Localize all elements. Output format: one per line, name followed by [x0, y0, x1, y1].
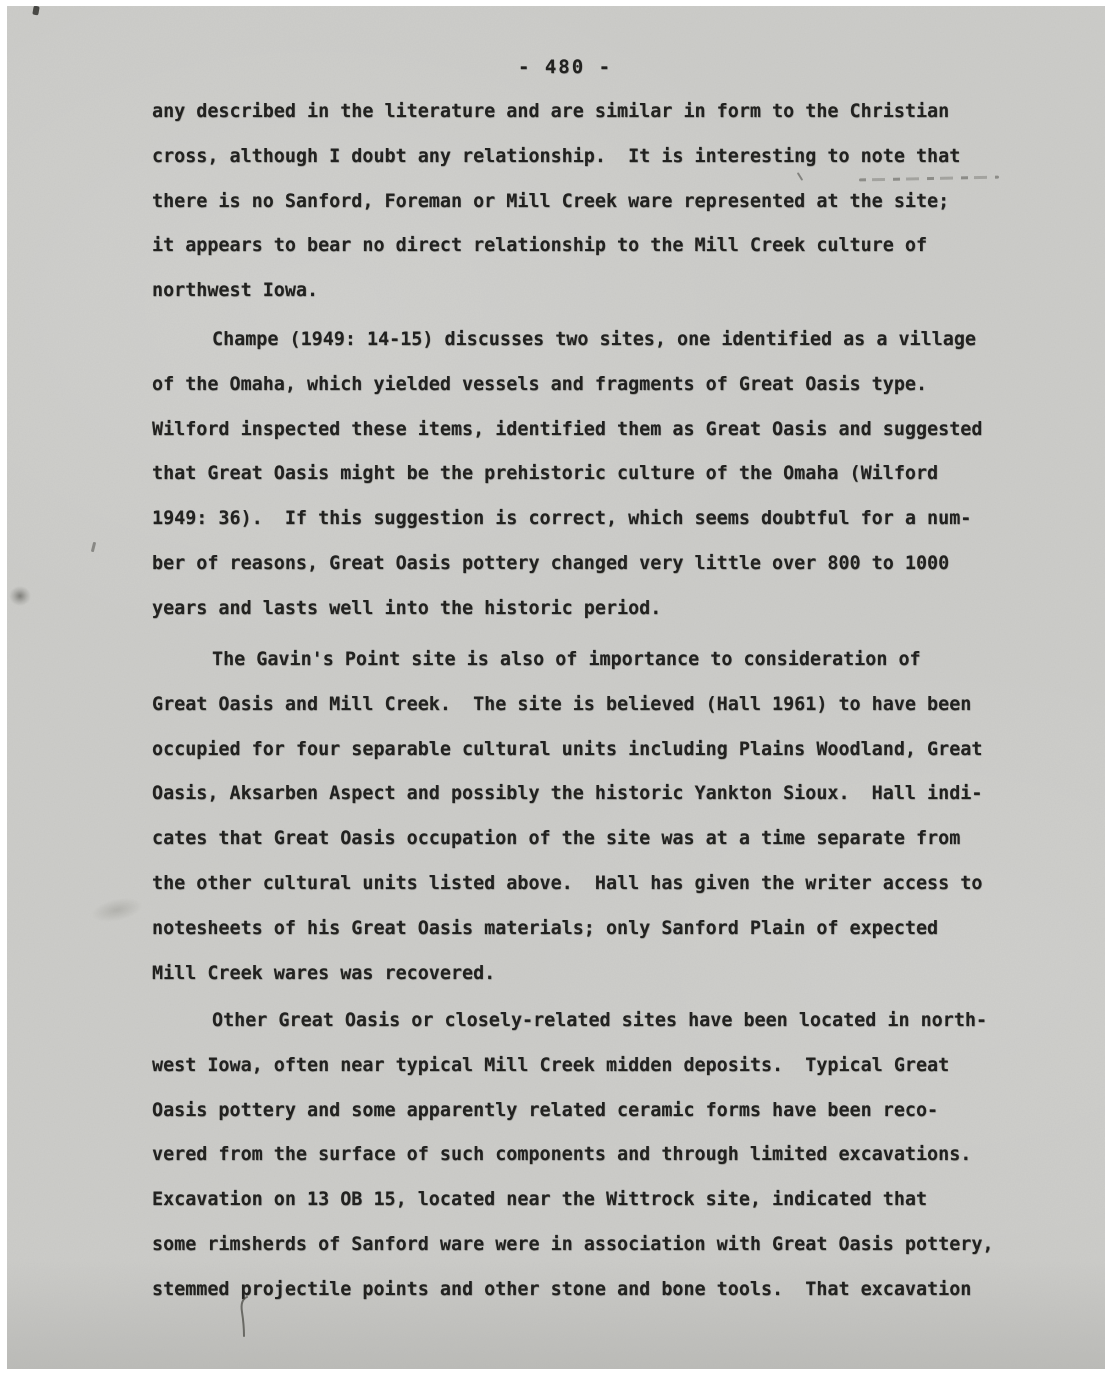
text-line: it appears to bear no direct relationshi…: [152, 237, 927, 255]
text-line: Oasis, Aksarben Aspect and possibly the …: [152, 785, 982, 803]
text-line: of the Omaha, which yielded vessels and …: [152, 376, 927, 394]
text-line: any described in the literature and are …: [152, 103, 949, 121]
text-line: notesheets of his Great Oasis materials;…: [152, 920, 938, 938]
text-line: 1949: 36). If this suggestion is correct…: [152, 510, 971, 528]
text-line: some rimsherds of Sanford ware were in a…: [152, 1236, 993, 1254]
text-line: cross, although I doubt any relationship…: [152, 148, 960, 166]
text-line: occupied for four separable cultural uni…: [152, 741, 982, 759]
text-line: vered from the surface of such component…: [152, 1146, 971, 1164]
text-line: west Iowa, often near typical Mill Creek…: [152, 1057, 949, 1075]
text-line: Excavation on 13 OB 15, located near the…: [152, 1191, 927, 1209]
text-line: ber of reasons, Great Oasis pottery chan…: [152, 555, 949, 573]
text-line: Oasis pottery and some apparently relate…: [152, 1102, 938, 1120]
text-line: stemmed projectile points and other ston…: [152, 1281, 971, 1299]
text-line: years and lasts well into the historic p…: [152, 600, 661, 618]
text-line: Great Oasis and Mill Creek. The site is …: [152, 696, 971, 714]
text-line: Mill Creek wares was recovered.: [152, 965, 495, 983]
text-line: there is no Sanford, Foreman or Mill Cre…: [152, 193, 949, 211]
text-line: cates that Great Oasis occupation of the…: [152, 830, 960, 848]
paper-background: - 480 - any described in the literature …: [7, 6, 1105, 1369]
text-line: Other Great Oasis or closely-related sit…: [152, 1012, 987, 1030]
text-line: Wilford inspected these items, identifie…: [152, 421, 982, 439]
text-line: The Gavin's Point site is also of import…: [152, 651, 921, 669]
scanned-document-page: - 480 - any described in the literature …: [0, 0, 1112, 1380]
text-line: that Great Oasis might be the prehistori…: [152, 465, 938, 483]
text-block: any described in the literature and are …: [7, 6, 1105, 1369]
text-line: Champe (1949: 14-15) discusses two sites…: [152, 331, 976, 349]
text-line: northwest Iowa.: [152, 282, 318, 300]
text-line: the other cultural units listed above. H…: [152, 875, 982, 893]
